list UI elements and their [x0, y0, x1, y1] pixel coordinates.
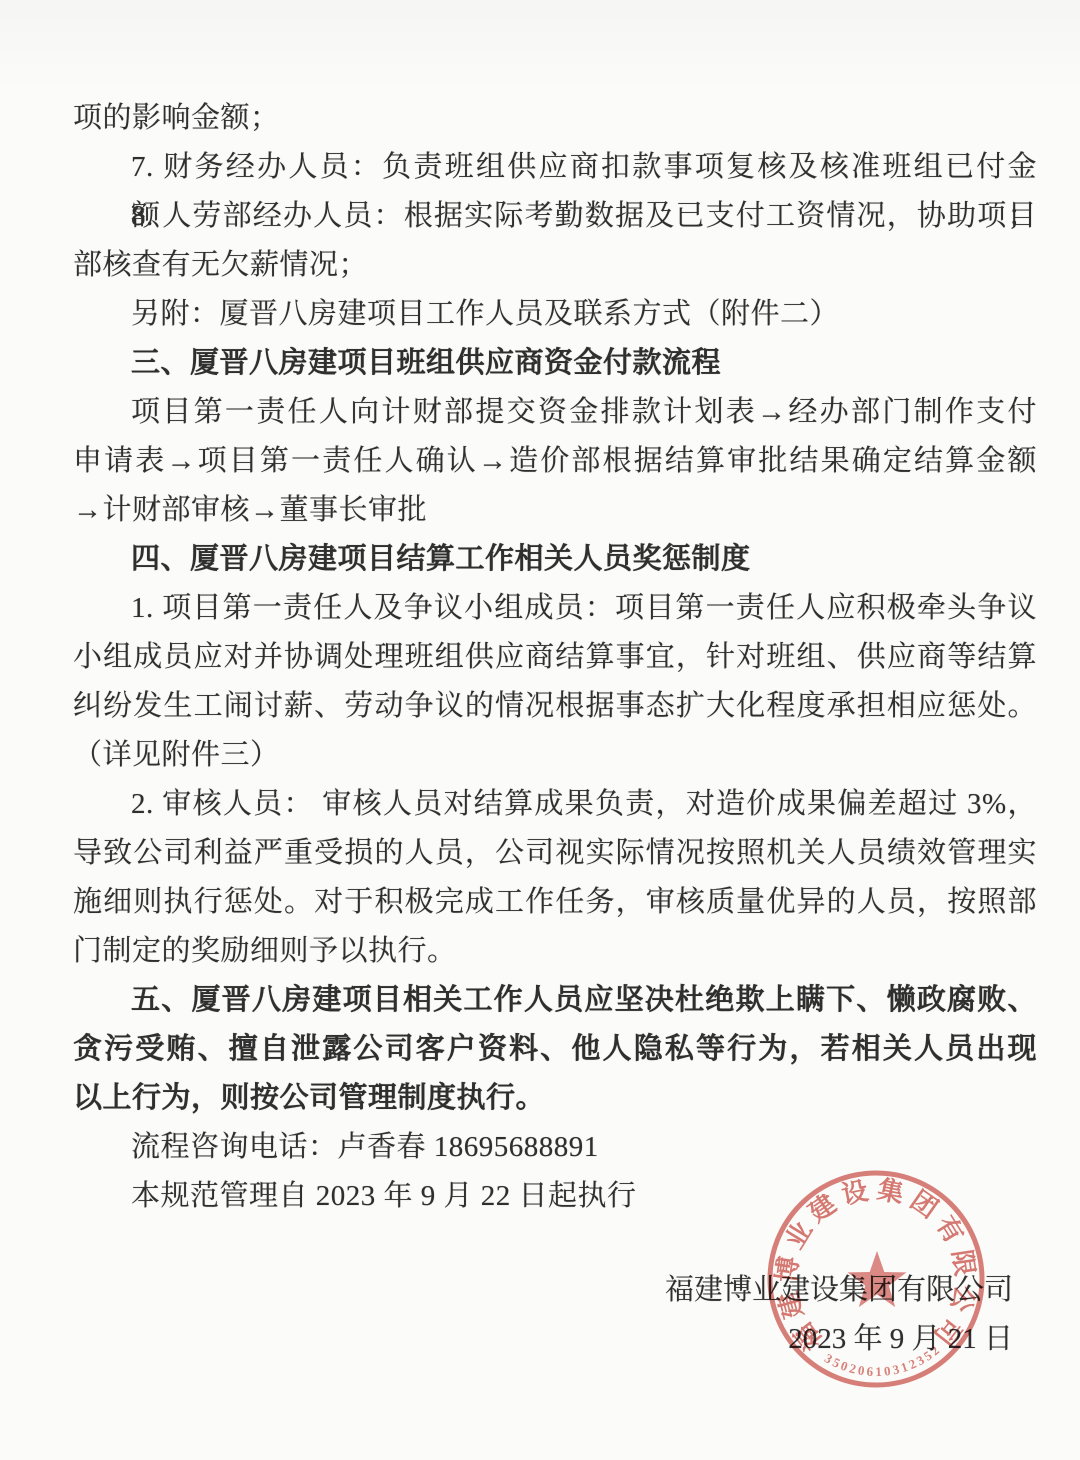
effective-date-line: 本规范管理自 2023 年 9 月 22 日起执行 — [73, 1172, 1037, 1221]
section-heading-three: 三、厦晋八房建项目班组供应商资金付款流程 — [73, 339, 1037, 388]
text-line: 小组成员应对并协调处理班组供应商结算事宜，针对班组、供应商等结算 — [73, 633, 1037, 682]
section-heading-five: 五、厦晋八房建项目相关工作人员应坚决杜绝欺上瞒下、懒政腐败、 — [73, 976, 1037, 1025]
text-line-item-8: 8. 人劳部经办人员：根据实际考勤数据及已支付工资情况，协助项目 — [73, 192, 1037, 241]
text-line-payment-flow: →计财部审核→董事长审批 — [73, 486, 1037, 535]
text-line: 部核查有无欠薪情况； — [73, 241, 1037, 290]
text-line-payment-flow: 申请表→项目第一责任人确认→造价部根据结算审批结果确定结算金额 — [73, 437, 1037, 486]
text-line: 导致公司利益严重受损的人员，公司视实际情况按照机关人员绩效管理实 — [73, 829, 1037, 878]
text-line: 贪污受贿、擅自泄露公司客户资料、他人隐私等行为，若相关人员出现 — [73, 1025, 1037, 1074]
signature-company: 福建博业建设集团有限公司 — [665, 1266, 1013, 1315]
text-line: 施细则执行惩处。对于积极完成工作任务，审核质量优异的人员，按照部 — [73, 878, 1037, 927]
document-page: 项的影响金额； 7. 财务经办人员：负责班组供应商扣款事项复核及核准班组已付金额… — [0, 0, 1080, 1460]
text-line: 以上行为，则按公司管理制度执行。 — [73, 1074, 1037, 1123]
text-line-item-7: 7. 财务经办人员：负责班组供应商扣款事项复核及核准班组已付金额； — [73, 143, 1037, 192]
text-line: 门制定的奖励细则予以执行。 — [73, 927, 1037, 976]
contact-phone-line: 流程咨询电话：卢香春 18695688891 — [73, 1123, 1037, 1172]
text-line-item-1: 1. 项目第一责任人及争议小组成员：项目第一责任人应积极牵头争议 — [73, 584, 1037, 633]
text-line: 项的影响金额； — [73, 94, 1037, 143]
document-body: 项的影响金额； 7. 财务经办人员：负责班组供应商扣款事项复核及核准班组已付金额… — [73, 94, 1037, 1221]
signature-date: 2023 年 9 月 21 日 — [665, 1315, 1013, 1364]
text-line: 纠纷发生工闹讨薪、劳动争议的情况根据事态扩大化程度承担相应惩处。 — [73, 682, 1037, 731]
text-line-item-2: 2. 审核人员： 审核人员对结算成果负责，对造价成果偏差超过 3%， — [73, 780, 1037, 829]
text-line-attachment-note: 另附：厦晋八房建项目工作人员及联系方式（附件二） — [73, 290, 1037, 339]
text-line: （详见附件三） — [73, 731, 1037, 780]
text-line-payment-flow: 项目第一责任人向计财部提交资金排款计划表→经办部门制作支付 — [73, 388, 1037, 437]
section-heading-four: 四、厦晋八房建项目结算工作相关人员奖惩制度 — [73, 535, 1037, 584]
signature-block: 福建博业建设集团有限公司 2023 年 9 月 21 日 — [665, 1266, 1037, 1364]
